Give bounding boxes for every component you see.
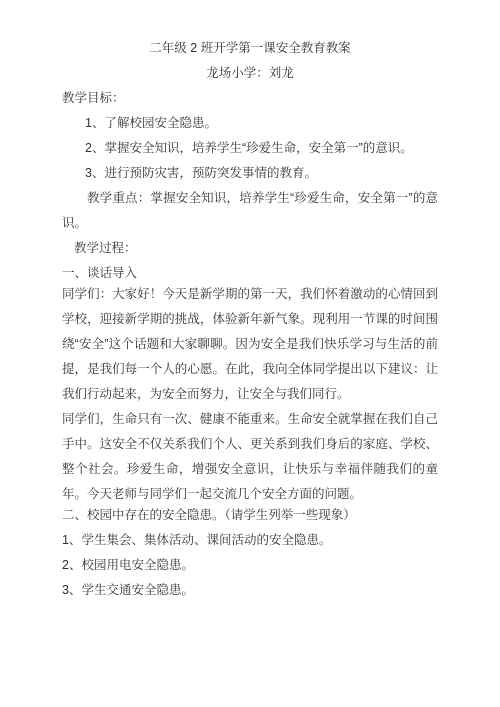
document-page: 二年级 2 班开学第一课安全教育教案 龙场小学：刘龙 教学目标： 1、了解校园安… — [0, 0, 500, 707]
hazard-item: 2、校园用电安全隐患。 — [62, 553, 438, 578]
key-point-paragraph: 教学重点：掌握安全知识，培养学生“珍爱生命，安全第一”的意识。 — [62, 186, 438, 236]
hazard-item: 3、学生交通安全隐患。 — [62, 578, 438, 603]
hazard-item: 1、学生集会、集体活动、课间活动的安全隐患。 — [62, 528, 438, 553]
process-heading: 教学过程： — [62, 236, 438, 261]
document-author-line: 龙场小学：刘龙 — [62, 61, 438, 86]
objectives-heading: 教学目标： — [62, 86, 438, 111]
document-title: 二年级 2 班开学第一课安全教育教案 — [62, 36, 438, 61]
objective-item: 1、了解校园安全隐患。 — [62, 111, 438, 136]
objective-item: 3、进行预防灾害，预防突发事情的教育。 — [62, 161, 438, 186]
section-2-heading: 二、校园中存在的安全隐患。（请学生列举一些现象） — [62, 503, 438, 528]
intro-paragraph: 同学们：大家好！今天是新学期的第一天，我们怀着激动的心情回到学校，迎接新学期的挑… — [62, 282, 438, 407]
life-safety-paragraph: 同学们，生命只有一次、健康不能重来。生命安全就掌握在我们自己手中。这安全不仅关系… — [62, 407, 438, 507]
objective-item: 2、掌握安全知识，培养学生“珍爱生命，安全第一”的意识。 — [62, 136, 438, 161]
